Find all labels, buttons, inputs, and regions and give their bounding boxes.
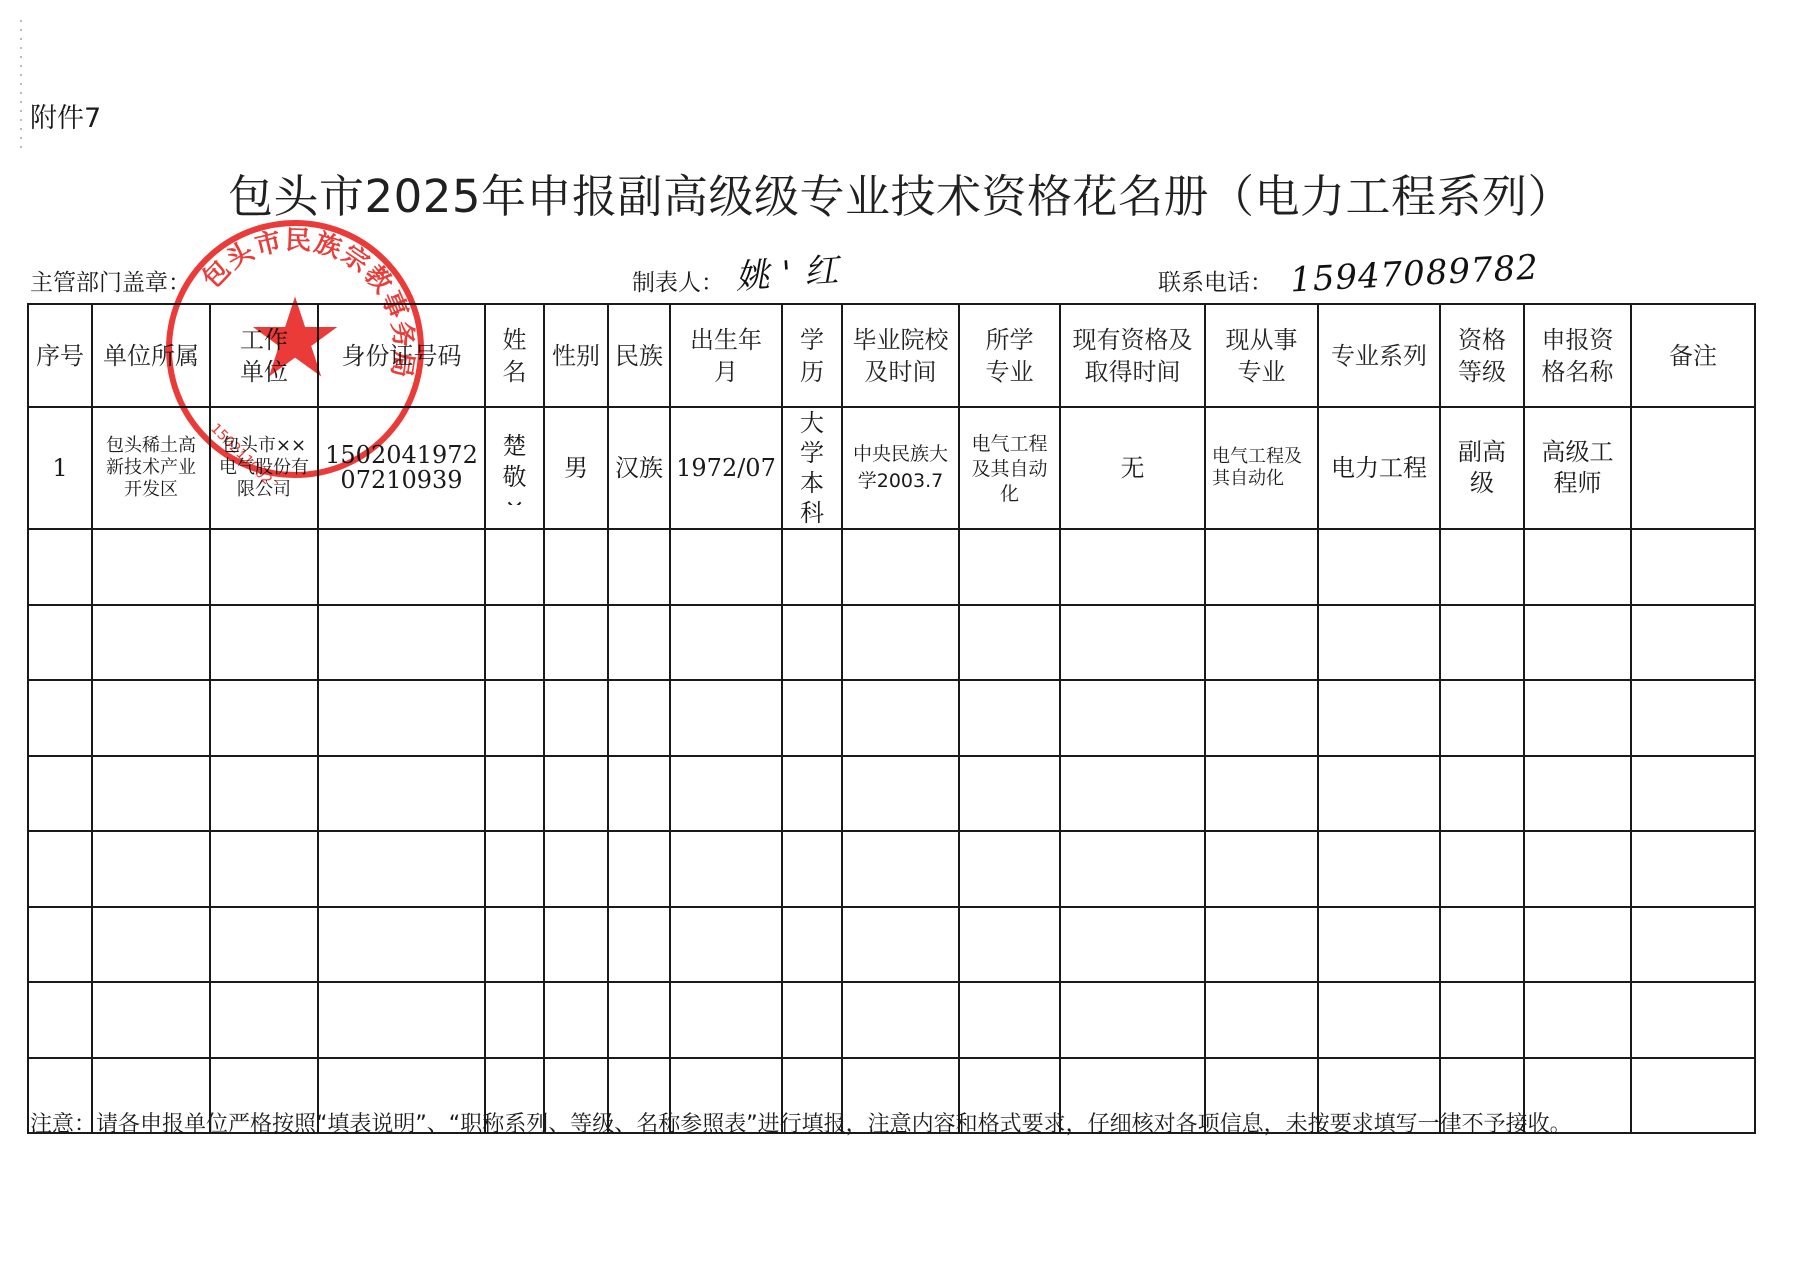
empty-cell[interactable] (959, 680, 1060, 756)
empty-cell[interactable] (842, 529, 959, 605)
cell-remark (1631, 407, 1755, 529)
cell-current-profession: 电气工程及其自动化 (1205, 407, 1318, 529)
empty-cell[interactable] (608, 529, 670, 605)
empty-cell[interactable] (1318, 982, 1440, 1058)
empty-cell[interactable] (318, 907, 485, 983)
column-header: 身份证号码 (318, 304, 485, 407)
name-text: 楚敬× (502, 431, 527, 505)
empty-cell[interactable] (318, 982, 485, 1058)
empty-cell[interactable] (608, 680, 670, 756)
empty-cell[interactable] (670, 756, 782, 832)
empty-cell[interactable] (1318, 605, 1440, 681)
scan-edge-marks (20, 20, 22, 150)
attachment-label: 附件7 (30, 96, 101, 135)
cell-birth: 1972/07 (670, 407, 782, 529)
empty-cell[interactable] (210, 680, 318, 756)
empty-cell[interactable] (842, 680, 959, 756)
phone-number-handwritten: 15947089782 (1289, 248, 1540, 301)
document-title: 包头市2025年申报副高级级专业技术资格花名册（电力工程系列） (0, 160, 1801, 225)
maker-signature: 姚 ' 红 (733, 242, 840, 298)
empty-cell[interactable] (608, 831, 670, 907)
empty-cell[interactable] (1440, 907, 1524, 983)
empty-cell[interactable] (210, 756, 318, 832)
empty-cell[interactable] (1631, 529, 1755, 605)
empty-cell[interactable] (1205, 680, 1318, 756)
column-header: 序号 (28, 304, 92, 407)
empty-cell[interactable] (92, 756, 210, 832)
empty-cell[interactable] (670, 529, 782, 605)
empty-cell[interactable] (1318, 529, 1440, 605)
footnote-notice: 注意：请各申报单位严格按照“填表说明”、“职称系列、等级、名称参照表”进行填报，… (30, 1108, 1760, 1141)
empty-cell[interactable] (782, 831, 842, 907)
empty-cell[interactable] (92, 907, 210, 983)
empty-cell[interactable] (485, 529, 544, 605)
column-header: 现有资格及 取得时间 (1060, 304, 1205, 407)
empty-cell[interactable] (1524, 605, 1631, 681)
empty-cell[interactable] (485, 680, 544, 756)
empty-cell[interactable] (318, 529, 485, 605)
column-header: 毕业院校 及时间 (842, 304, 959, 407)
cell-applied-title: 高级工程师 (1524, 407, 1631, 529)
empty-cell[interactable] (670, 605, 782, 681)
table-row-empty (28, 605, 1755, 681)
maker-label: 制表人： (632, 264, 724, 297)
empty-cell[interactable] (318, 756, 485, 832)
empty-cell[interactable] (842, 907, 959, 983)
empty-cell[interactable] (670, 831, 782, 907)
empty-cell[interactable] (1060, 605, 1205, 681)
column-header: 现从事 专业 (1205, 304, 1318, 407)
empty-cell[interactable] (1318, 831, 1440, 907)
dept-stamp-label: 主管部门盖章： (30, 264, 191, 297)
empty-cell[interactable] (1318, 907, 1440, 983)
table-row: 1 包头稀土高新技术产业开发区 包头市××电气股份有限公司 1502041972… (28, 407, 1755, 529)
id-number-text: 150204197207210939 (325, 441, 478, 494)
empty-cell[interactable] (544, 605, 608, 681)
cell-major: 电气工程及其自动化 (959, 407, 1060, 529)
empty-cell[interactable] (842, 605, 959, 681)
table-row-empty (28, 756, 1755, 832)
empty-cell[interactable] (608, 605, 670, 681)
empty-cell[interactable] (1631, 907, 1755, 983)
column-header: 单位所属 (92, 304, 210, 407)
empty-cell[interactable] (1524, 756, 1631, 832)
empty-cell[interactable] (959, 605, 1060, 681)
empty-cell[interactable] (318, 680, 485, 756)
cell-name: 楚敬× (485, 407, 544, 529)
empty-cell[interactable] (28, 680, 92, 756)
empty-cell[interactable] (1060, 680, 1205, 756)
empty-cell[interactable] (28, 907, 92, 983)
column-header: 学 历 (782, 304, 842, 407)
empty-cell[interactable] (608, 756, 670, 832)
major-text: 电气工程及其自动化 (966, 432, 1053, 504)
empty-cell[interactable] (1205, 831, 1318, 907)
empty-cell[interactable] (28, 982, 92, 1058)
empty-cell[interactable] (1524, 680, 1631, 756)
empty-cell[interactable] (959, 529, 1060, 605)
table-row-empty (28, 680, 1755, 756)
empty-cell[interactable] (1631, 982, 1755, 1058)
empty-cell[interactable] (1524, 529, 1631, 605)
empty-cell[interactable] (1205, 529, 1318, 605)
empty-cell[interactable] (485, 756, 544, 832)
empty-cell[interactable] (608, 907, 670, 983)
column-header: 资格 等级 (1440, 304, 1524, 407)
empty-cell[interactable] (1631, 605, 1755, 681)
roster-table: 序号单位所属工作 单位身份证号码姓 名性别民族出生年 月学 历毕业院校 及时间所… (27, 303, 1756, 1134)
empty-cell[interactable] (485, 907, 544, 983)
empty-cell[interactable] (544, 982, 608, 1058)
cell-series: 电力工程 (1318, 407, 1440, 529)
empty-cell[interactable] (28, 605, 92, 681)
cell-school-and-time: 中央民族大学2003.7 (842, 407, 959, 529)
column-header: 工作 单位 (210, 304, 318, 407)
cell-level: 副高级 (1440, 407, 1524, 529)
empty-cell[interactable] (1060, 831, 1205, 907)
empty-cell[interactable] (1524, 982, 1631, 1058)
empty-cell[interactable] (782, 907, 842, 983)
empty-cell[interactable] (92, 529, 210, 605)
empty-cell[interactable] (959, 831, 1060, 907)
empty-cell[interactable] (1318, 756, 1440, 832)
cell-gender: 男 (544, 407, 608, 529)
cell-unit-affiliation: 包头稀土高新技术产业开发区 (92, 407, 210, 529)
empty-cell[interactable] (28, 831, 92, 907)
empty-cell[interactable] (92, 680, 210, 756)
column-header: 姓 名 (485, 304, 544, 407)
table-row-empty (28, 529, 1755, 605)
empty-cell[interactable] (210, 982, 318, 1058)
empty-cell[interactable] (1205, 605, 1318, 681)
empty-cell[interactable] (1524, 907, 1631, 983)
empty-cell[interactable] (92, 831, 210, 907)
cell-id-number: 150204197207210939 (318, 407, 485, 529)
table-header-row: 序号单位所属工作 单位身份证号码姓 名性别民族出生年 月学 历毕业院校 及时间所… (28, 304, 1755, 407)
empty-cell[interactable] (210, 605, 318, 681)
column-header: 性别 (544, 304, 608, 407)
empty-cell[interactable] (1205, 756, 1318, 832)
empty-cell[interactable] (1318, 680, 1440, 756)
column-header: 出生年 月 (670, 304, 782, 407)
empty-cell[interactable] (1205, 982, 1318, 1058)
empty-cell[interactable] (210, 907, 318, 983)
empty-cell[interactable] (1631, 831, 1755, 907)
phone-label: 联系电话： (1158, 264, 1273, 297)
empty-cell[interactable] (210, 529, 318, 605)
empty-cell[interactable] (318, 605, 485, 681)
empty-cell[interactable] (544, 831, 608, 907)
empty-cell[interactable] (1060, 907, 1205, 983)
column-header: 申报资 格名称 (1524, 304, 1631, 407)
empty-cell[interactable] (1524, 831, 1631, 907)
empty-cell[interactable] (782, 680, 842, 756)
empty-cell[interactable] (1440, 680, 1524, 756)
empty-cell[interactable] (782, 605, 842, 681)
column-header: 专业系列 (1318, 304, 1440, 407)
empty-cell[interactable] (1631, 680, 1755, 756)
empty-cell[interactable] (544, 907, 608, 983)
empty-cell[interactable] (92, 982, 210, 1058)
empty-cell[interactable] (782, 529, 842, 605)
cell-work-unit: 包头市××电气股份有限公司 (210, 407, 318, 529)
empty-cell[interactable] (1440, 529, 1524, 605)
empty-cell[interactable] (1440, 982, 1524, 1058)
table-row-empty (28, 831, 1755, 907)
column-header: 所学 专业 (959, 304, 1060, 407)
empty-cell[interactable] (842, 831, 959, 907)
cell-index: 1 (28, 407, 92, 529)
empty-cell[interactable] (485, 982, 544, 1058)
empty-cell[interactable] (670, 907, 782, 983)
empty-cell[interactable] (608, 982, 670, 1058)
empty-cell[interactable] (1440, 605, 1524, 681)
empty-cell[interactable] (1440, 756, 1524, 832)
table-row-empty (28, 907, 1755, 983)
empty-cell[interactable] (544, 529, 608, 605)
empty-cell[interactable] (1060, 756, 1205, 832)
empty-cell[interactable] (92, 605, 210, 681)
empty-cell[interactable] (544, 680, 608, 756)
cell-ethnicity: 汉族 (608, 407, 670, 529)
empty-cell[interactable] (485, 831, 544, 907)
column-header: 备注 (1631, 304, 1755, 407)
empty-cell[interactable] (959, 756, 1060, 832)
column-header: 民族 (608, 304, 670, 407)
empty-cell[interactable] (1205, 907, 1318, 983)
empty-cell[interactable] (670, 680, 782, 756)
empty-cell[interactable] (782, 756, 842, 832)
empty-cell[interactable] (485, 605, 544, 681)
empty-cell[interactable] (670, 982, 782, 1058)
empty-cell[interactable] (959, 982, 1060, 1058)
empty-cell[interactable] (959, 907, 1060, 983)
cell-current-qualification: 无 (1060, 407, 1205, 529)
empty-cell[interactable] (1060, 982, 1205, 1058)
cell-education: 大学本科 (782, 407, 842, 529)
empty-cell[interactable] (842, 982, 959, 1058)
empty-cell[interactable] (1440, 831, 1524, 907)
empty-cell[interactable] (28, 529, 92, 605)
empty-cell[interactable] (318, 831, 485, 907)
empty-cell[interactable] (1060, 529, 1205, 605)
empty-cell[interactable] (1631, 756, 1755, 832)
empty-cell[interactable] (782, 982, 842, 1058)
empty-cell[interactable] (842, 756, 959, 832)
empty-cell[interactable] (28, 756, 92, 832)
table-row-empty (28, 982, 1755, 1058)
empty-cell[interactable] (210, 831, 318, 907)
empty-cell[interactable] (544, 756, 608, 832)
